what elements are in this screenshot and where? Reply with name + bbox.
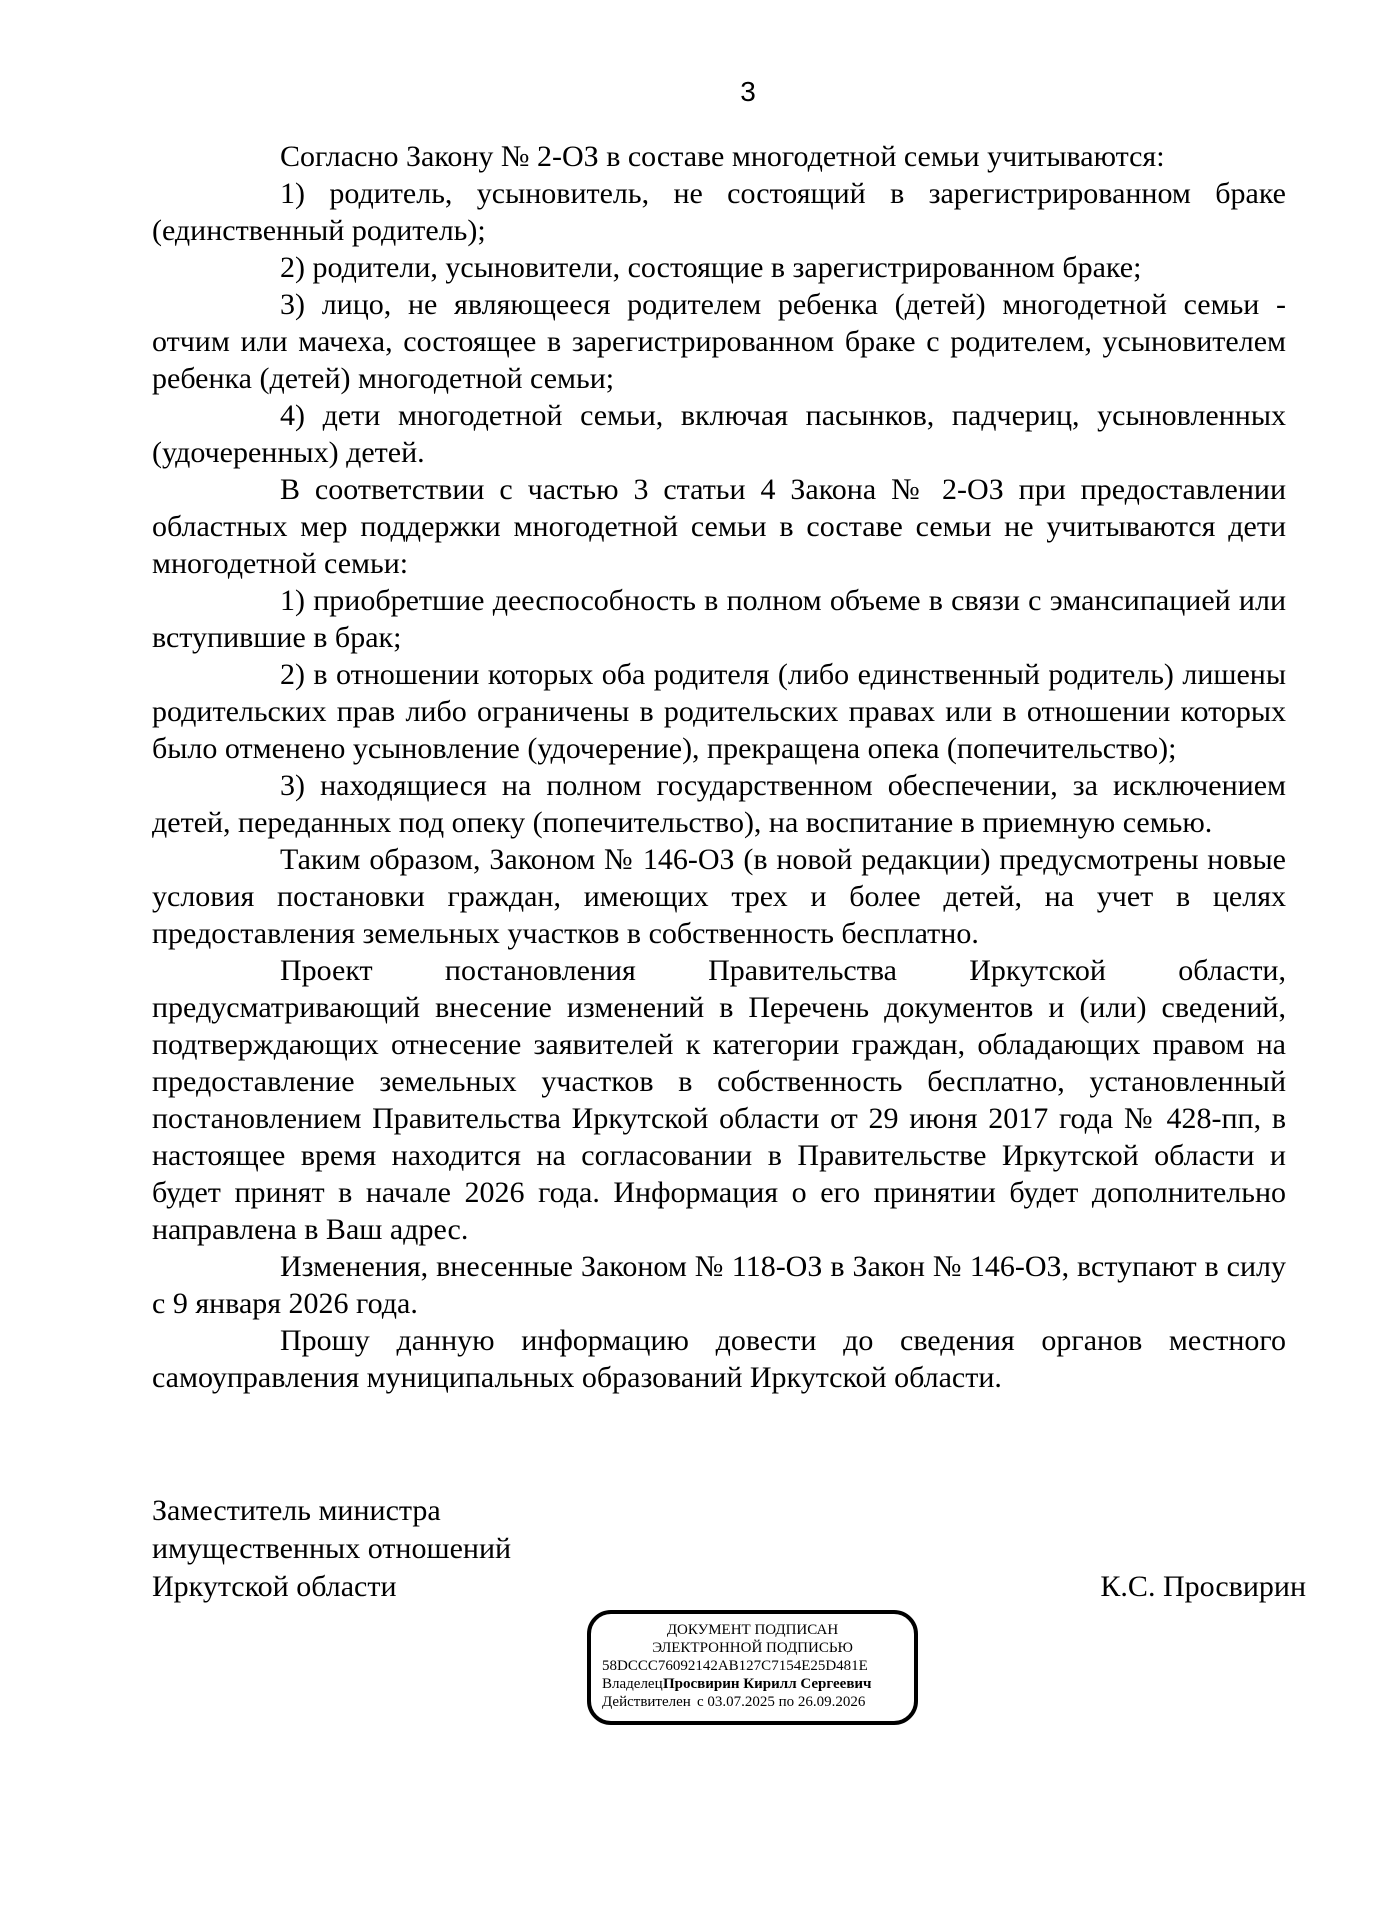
- stamp-owner-name: Просвирин Кирилл Сергеевич: [663, 1676, 872, 1692]
- document-body: Согласно Закону № 2-ОЗ в составе многоде…: [152, 138, 1286, 1396]
- body-paragraph: 1) родитель, усыновитель, не состоящий в…: [152, 175, 1286, 249]
- stamp-title-line: ЭЛЕКТРОННОЙ ПОДПИСЬЮ: [591, 1639, 914, 1657]
- body-paragraph: 2) родители, усыновители, состоящие в за…: [152, 249, 1286, 286]
- stamp-validity-label: Действителен: [602, 1693, 697, 1711]
- signature-position-line: имущественных отношений: [152, 1530, 511, 1568]
- signature-position-line: Иркутской области: [152, 1568, 511, 1606]
- body-paragraph: 3) находящиеся на полном государственном…: [152, 767, 1286, 841]
- body-paragraph: Проект постановления Правительства Иркут…: [152, 952, 1286, 1248]
- body-paragraph: 3) лицо, не являющееся родителем ребенка…: [152, 286, 1286, 397]
- signer-name: К.С. Просвирин: [706, 1568, 1306, 1606]
- stamp-owner-label: Владелец: [602, 1675, 663, 1693]
- stamp-title-line: ДОКУМЕНТ ПОДПИСАН: [591, 1621, 914, 1639]
- body-paragraph: Прошу данную информацию довести до сведе…: [152, 1322, 1286, 1396]
- stamp-certificate-number: 58DCCC76092142AB127C7154E25D481E: [591, 1657, 914, 1675]
- body-paragraph: Согласно Закону № 2-ОЗ в составе многоде…: [152, 138, 1286, 175]
- page-number: 3: [598, 78, 898, 106]
- document-page: 3 Согласно Закону № 2-ОЗ в составе много…: [0, 0, 1389, 1920]
- signature-position-line: Заместитель министра: [152, 1492, 511, 1530]
- signature-position-block: Заместитель министра имущественных отнош…: [152, 1492, 511, 1606]
- body-paragraph: Таким образом, Законом № 146-ОЗ (в новой…: [152, 841, 1286, 952]
- body-paragraph: 2) в отношении которых оба родителя (либ…: [152, 656, 1286, 767]
- body-paragraph: В соответствии с частью 3 статьи 4 Закон…: [152, 471, 1286, 582]
- body-paragraph: 1) приобретшие дееспособность в полном о…: [152, 582, 1286, 656]
- electronic-signature-stamp: ДОКУМЕНТ ПОДПИСАН ЭЛЕКТРОННОЙ ПОДПИСЬЮ 5…: [587, 1610, 918, 1725]
- stamp-validity-range: с 03.07.2025 по 26.09.2026: [697, 1694, 865, 1710]
- stamp-validity-row: Действителенс 03.07.2025 по 26.09.2026: [591, 1693, 914, 1711]
- stamp-owner-row: ВладелецПросвирин Кирилл Сергеевич: [591, 1675, 914, 1693]
- body-paragraph: 4) дети многодетной семьи, включая пасын…: [152, 397, 1286, 471]
- body-paragraph: Изменения, внесенные Законом № 118-ОЗ в …: [152, 1248, 1286, 1322]
